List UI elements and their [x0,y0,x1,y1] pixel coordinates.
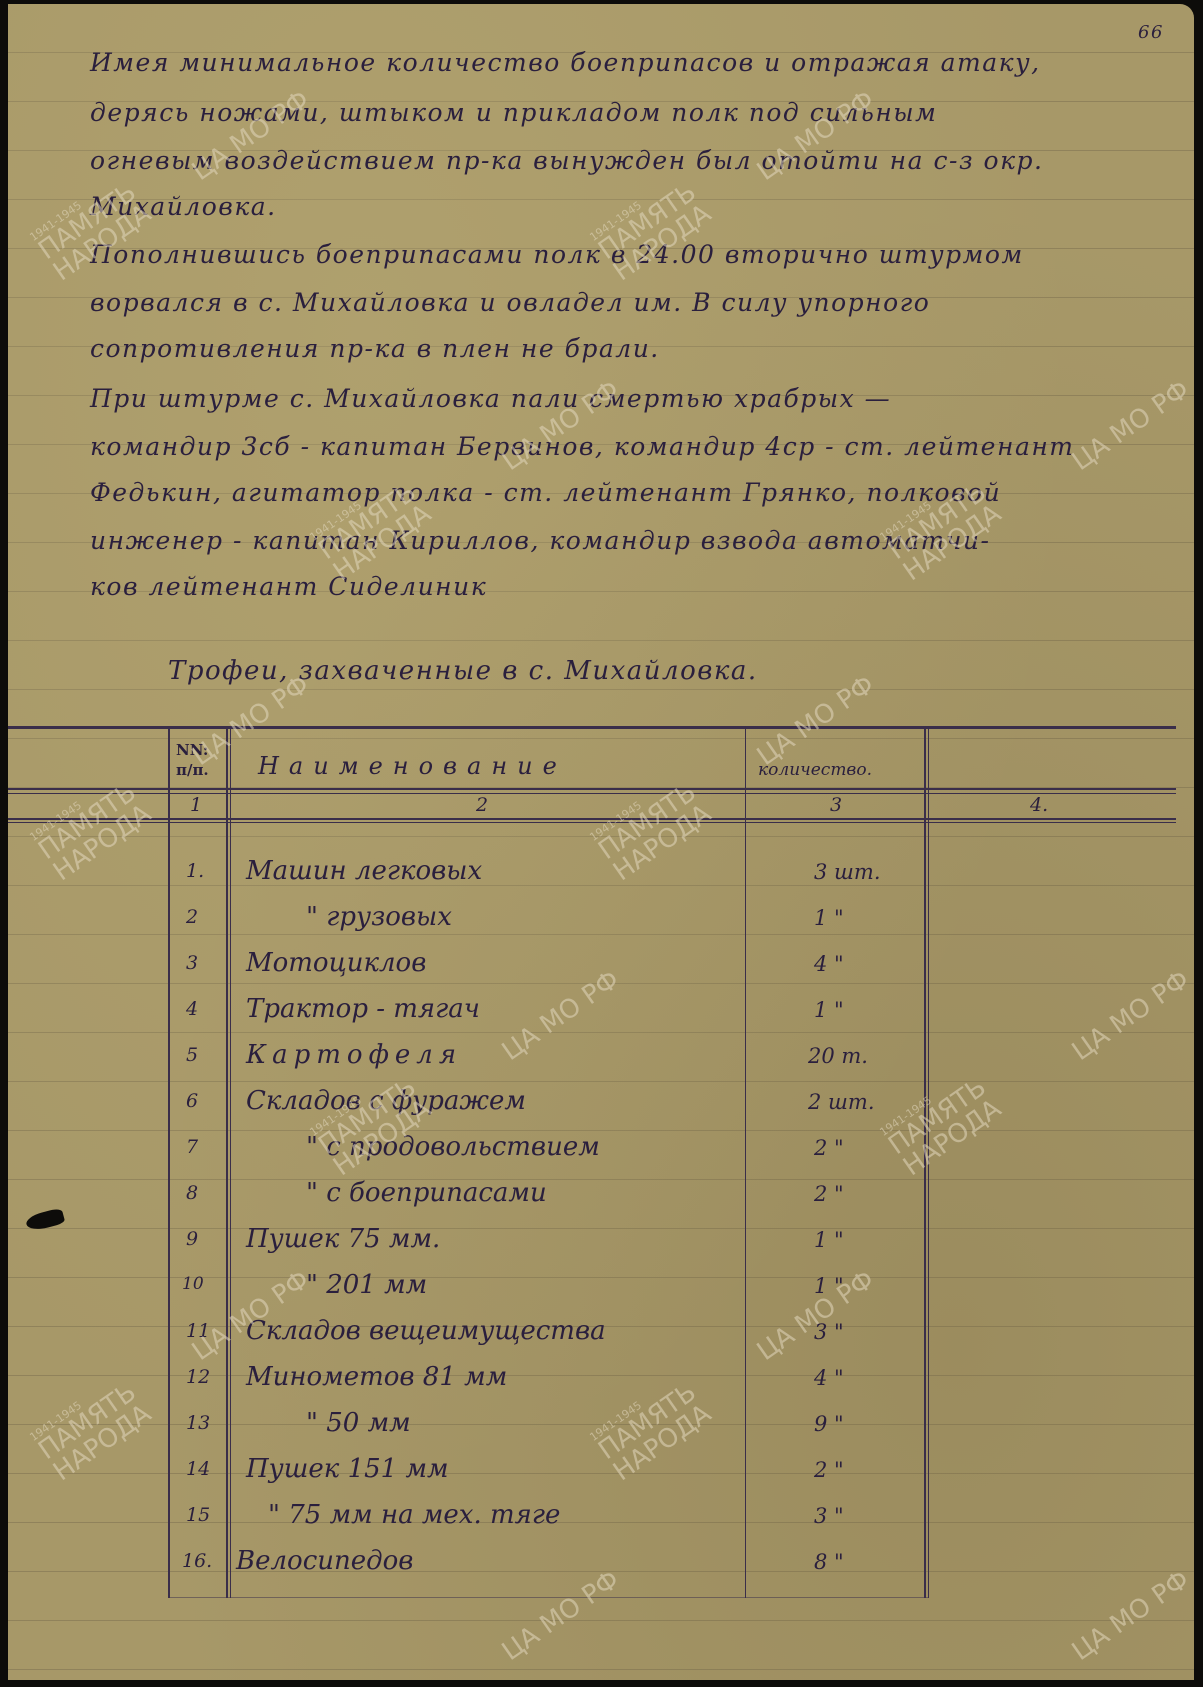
row-number: 5 [186,1044,198,1066]
column-number-1: 1 [190,794,202,816]
row-name: Велосипедов [236,1546,413,1576]
row-quantity: 4 " [814,1366,844,1390]
row-number: 7 [186,1136,198,1158]
row-name: Минометов 81 мм [246,1362,507,1392]
row-quantity: 2 " [814,1458,844,1482]
row-quantity: 1 " [814,906,844,930]
header-rule [8,788,1176,790]
paragraph-line: сопротивления пр-ка в плен не брали. [90,334,660,363]
paragraph-line: Имея минимальное количество боеприпасов … [90,48,1041,77]
row-name: " 201 мм [306,1270,427,1300]
numbers-rule [8,818,1176,820]
row-quantity: 2 " [814,1182,844,1206]
row-name: Пушек 75 мм. [246,1224,440,1254]
row-number: 16. [182,1550,212,1572]
page-number: 66 [1138,22,1164,43]
watermark-pamyat-naroda: 1941-1945ПАМЯТЬНАРОДА [308,1065,436,1181]
row-number: 15 [186,1504,210,1526]
row-quantity: 8 " [814,1550,844,1574]
header-rule-2 [8,793,1176,794]
col-rule-2b [230,728,231,1598]
row-number: 14 [186,1458,210,1480]
col-rule-3 [745,728,746,1598]
paragraph-line: При штурме с. Михайловка пали смертью хр… [90,384,891,413]
row-number: 2 [186,906,198,928]
watermark-pamyat-naroda: 1941-1945ПАМЯТЬНАРОДА [28,1370,156,1486]
row-quantity: 2 " [814,1136,844,1160]
column-number-4: 4. [1030,794,1048,816]
row-number: 9 [186,1228,198,1250]
row-quantity: 3 " [814,1504,844,1528]
row-name: Мотоциклов [246,948,426,978]
row-name: " грузовых [306,902,452,932]
document-page: 66 Имея минимальное количество боеприпас… [8,4,1194,1680]
row-quantity: 4 " [814,952,844,976]
watermark-pamyat-naroda: 1941-1945ПАМЯТЬНАРОДА [588,1370,716,1486]
row-quantity: 3 шт. [814,860,881,884]
row-name: Трактор - тягач [246,994,480,1024]
row-name: Пушек 151 мм [246,1454,449,1484]
header-name: Наименование [258,752,567,780]
row-name: " 75 мм на мех. тяге [268,1500,560,1530]
column-number-2: 2 [476,794,488,816]
row-name: Складов вещеимущества [246,1316,606,1346]
row-number: 6 [186,1090,198,1112]
row-number: 13 [186,1412,210,1434]
table-title: Трофеи, захваченные в с. Михайловка. [168,656,758,686]
paragraph-line: Пополнившись боеприпасами полк в 24.00 в… [90,240,1024,269]
numbers-rule-2 [8,822,1176,823]
row-number: 8 [186,1182,198,1204]
row-number: 12 [186,1366,210,1388]
col-rule-2a [226,728,228,1598]
row-name: " 50 мм [306,1408,411,1438]
row-quantity: 1 " [814,998,844,1022]
watermark-tsamo: ЦА МО РФ [1068,966,1194,1065]
column-number-3: 3 [830,794,842,816]
row-quantity: 2 шт. [808,1090,875,1114]
col-rule-1 [168,728,170,1598]
row-number: 10 [182,1274,204,1294]
watermark-tsamo: ЦА МО РФ [1068,376,1194,475]
watermark-tsamo: ЦА МО РФ [1068,1566,1194,1665]
watermark-tsamo: ЦА МО РФ [753,671,879,770]
watermark-pamyat-naroda: 1941-1945ПАМЯТЬНАРОДА [878,1065,1006,1181]
row-quantity: 9 " [814,1412,844,1436]
paragraph-line: командир 3сб - капитан Бервинов, команди… [90,432,1075,461]
paragraph-line: Федькин, агитатор полка - ст. лейтенант … [90,478,1001,507]
paragraph-line: ков лейтенант Сиделиник [90,572,487,601]
paper-hole [25,1207,66,1232]
row-name: Картофеля [246,1040,462,1070]
table-bottom-rule [168,1597,928,1598]
row-quantity: 20 т. [808,1044,868,1068]
watermark-tsamo: ЦА МО РФ [498,1566,624,1665]
table-top-rule [8,726,1176,729]
row-name: Машин легковых [246,856,482,886]
paragraph-line: ворвался в с. Михайловка и овладел им. В… [90,288,930,317]
row-number: 3 [186,952,198,974]
row-quantity: 1 " [814,1228,844,1252]
row-number: 4 [186,998,198,1020]
paragraph-line: инженер - капитан Кириллов, командир взв… [90,526,990,555]
row-name: " с боеприпасами [306,1178,547,1208]
watermark-tsamo: ЦА МО РФ [498,966,624,1065]
row-number: 1. [186,860,204,882]
